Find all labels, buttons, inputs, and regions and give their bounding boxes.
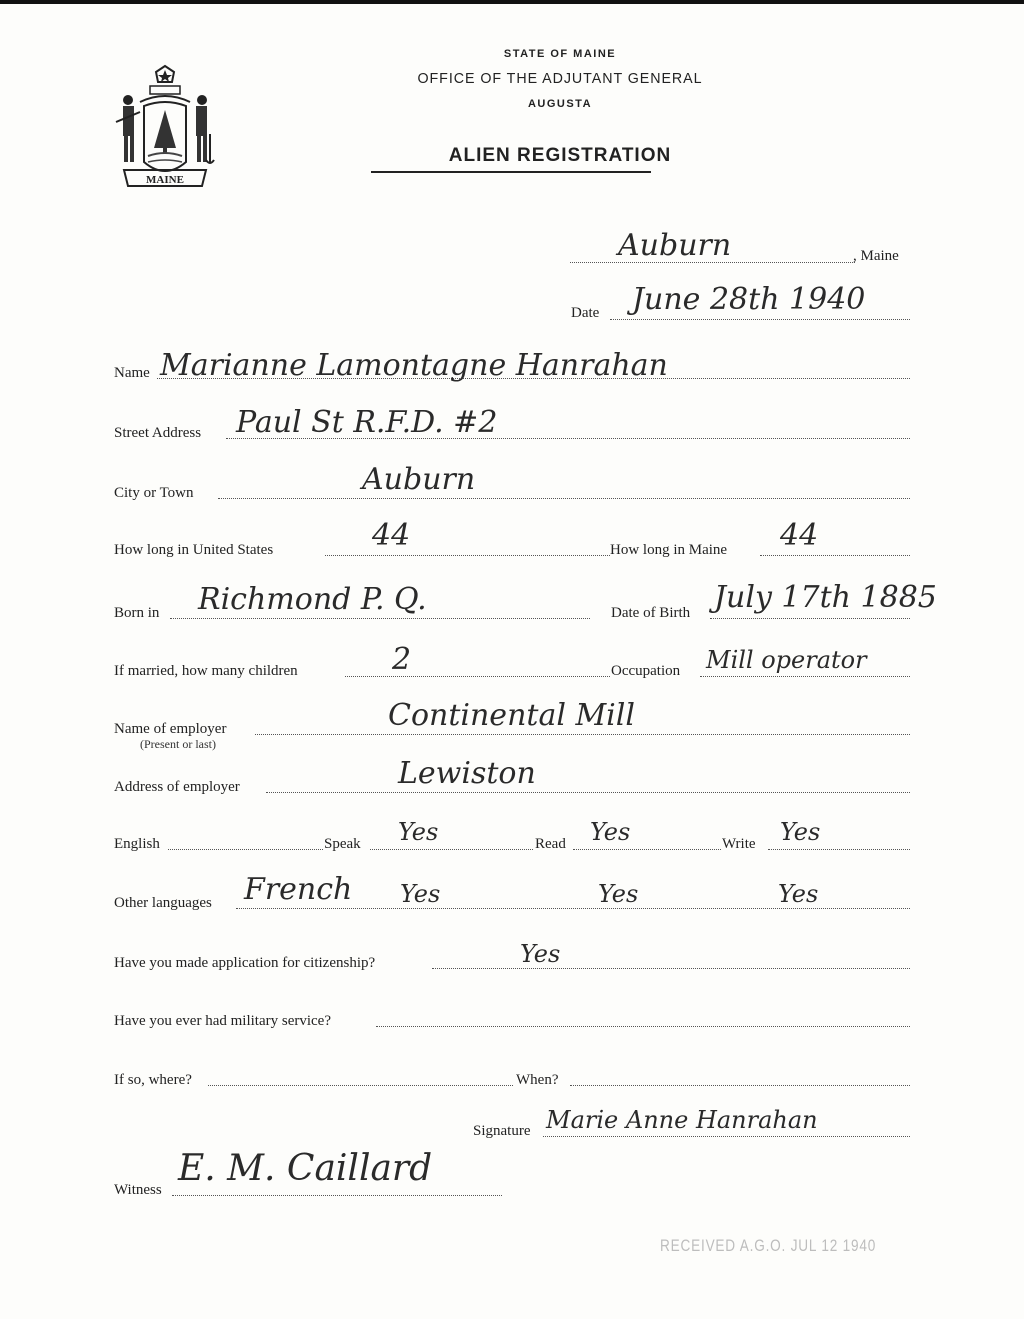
english-label: English xyxy=(114,836,160,853)
date-value: June 28th 1940 xyxy=(632,282,865,317)
english-write-line xyxy=(768,849,910,850)
english-speak-value: Yes xyxy=(398,818,438,846)
signature-value: Marie Anne Hanrahan xyxy=(546,1106,818,1134)
header-state: STATE OF MAINE xyxy=(300,48,820,60)
employer-address-label: Address of employer xyxy=(114,779,240,796)
children-value: 2 xyxy=(392,642,411,677)
street-address-value: Paul St R.F.D. #2 xyxy=(236,405,497,440)
witness-label: Witness xyxy=(114,1182,162,1199)
city-line xyxy=(218,498,910,499)
military-line xyxy=(376,1026,910,1027)
date-of-birth-label: Date of Birth xyxy=(611,605,690,622)
occupation-value: Mill operator xyxy=(706,646,867,674)
witness-value: E. M. Caillard xyxy=(178,1148,432,1189)
military-label: Have you ever had military service? xyxy=(114,1013,331,1030)
english-read-line xyxy=(573,849,721,850)
name-value: Marianne Lamontagne Hanrahan xyxy=(160,348,668,383)
other-language-read-value: Yes xyxy=(598,880,638,908)
state-seal-icon: MAINE xyxy=(110,62,220,192)
english-speak-line xyxy=(370,849,533,850)
how-long-us-line xyxy=(325,555,610,556)
english-read-label: Read xyxy=(535,836,566,853)
how-long-us-label: How long in United States xyxy=(114,542,273,559)
employer-address-line xyxy=(266,792,910,793)
how-long-maine-label: How long in Maine xyxy=(610,542,727,559)
military-when-label: When? xyxy=(516,1072,558,1089)
english-write-label: Write xyxy=(722,836,756,853)
english-line xyxy=(168,849,323,850)
english-speak-label: Speak xyxy=(324,836,361,853)
date-label: Date xyxy=(571,305,599,322)
employer-name-line xyxy=(255,734,910,735)
date-of-birth-value: July 17th 1885 xyxy=(714,580,937,615)
date-of-birth-line xyxy=(710,618,910,619)
english-read-value: Yes xyxy=(590,818,630,846)
employer-name-sublabel: (Present or last) xyxy=(140,737,216,752)
occupation-line xyxy=(700,676,910,677)
signature-label: Signature xyxy=(473,1123,531,1140)
svg-text:MAINE: MAINE xyxy=(146,174,184,186)
how-long-maine-line xyxy=(760,555,910,556)
form-title: ALIEN REGISTRATION xyxy=(300,145,820,167)
signature-line xyxy=(543,1136,910,1137)
place-value: Auburn xyxy=(618,228,731,263)
other-languages-line xyxy=(236,908,910,909)
how-long-us-value: 44 xyxy=(372,518,410,553)
street-address-label: Street Address xyxy=(114,425,201,442)
other-language-speak-value: Yes xyxy=(400,880,440,908)
citizenship-line xyxy=(432,968,910,969)
born-in-value: Richmond P. Q. xyxy=(198,582,427,617)
children-label: If married, how many children xyxy=(114,663,298,680)
witness-line xyxy=(172,1195,502,1196)
header-office: OFFICE OF THE ADJUTANT GENERAL xyxy=(313,70,807,87)
how-long-maine-value: 44 xyxy=(780,518,818,553)
born-in-line xyxy=(170,618,590,619)
city-value: Auburn xyxy=(362,462,475,497)
employer-name-label: Name of employer xyxy=(114,721,226,738)
other-language-write-value: Yes xyxy=(778,880,818,908)
other-languages-label: Other languages xyxy=(114,895,212,912)
born-in-label: Born in xyxy=(114,605,159,622)
occupation-label: Occupation xyxy=(611,663,680,680)
place-suffix: , Maine xyxy=(853,248,899,265)
title-underline xyxy=(371,171,651,173)
military-where-line xyxy=(208,1085,513,1086)
name-label: Name xyxy=(114,365,150,382)
other-language-value: French xyxy=(244,872,352,907)
citizenship-value: Yes xyxy=(520,940,560,968)
military-when-line xyxy=(570,1085,910,1086)
date-line xyxy=(610,319,910,320)
employer-name-value: Continental Mill xyxy=(388,698,635,733)
scan-border xyxy=(0,0,1024,4)
military-where-label: If so, where? xyxy=(114,1072,192,1089)
employer-address-value: Lewiston xyxy=(398,756,536,791)
city-label: City or Town xyxy=(114,485,194,502)
english-write-value: Yes xyxy=(780,818,820,846)
citizenship-label: Have you made application for citizenshi… xyxy=(114,955,375,972)
received-stamp: RECEIVED A.G.O. JUL 12 1940 xyxy=(660,1236,876,1256)
header-city: AUGUSTA xyxy=(300,98,820,110)
children-line xyxy=(345,676,610,677)
